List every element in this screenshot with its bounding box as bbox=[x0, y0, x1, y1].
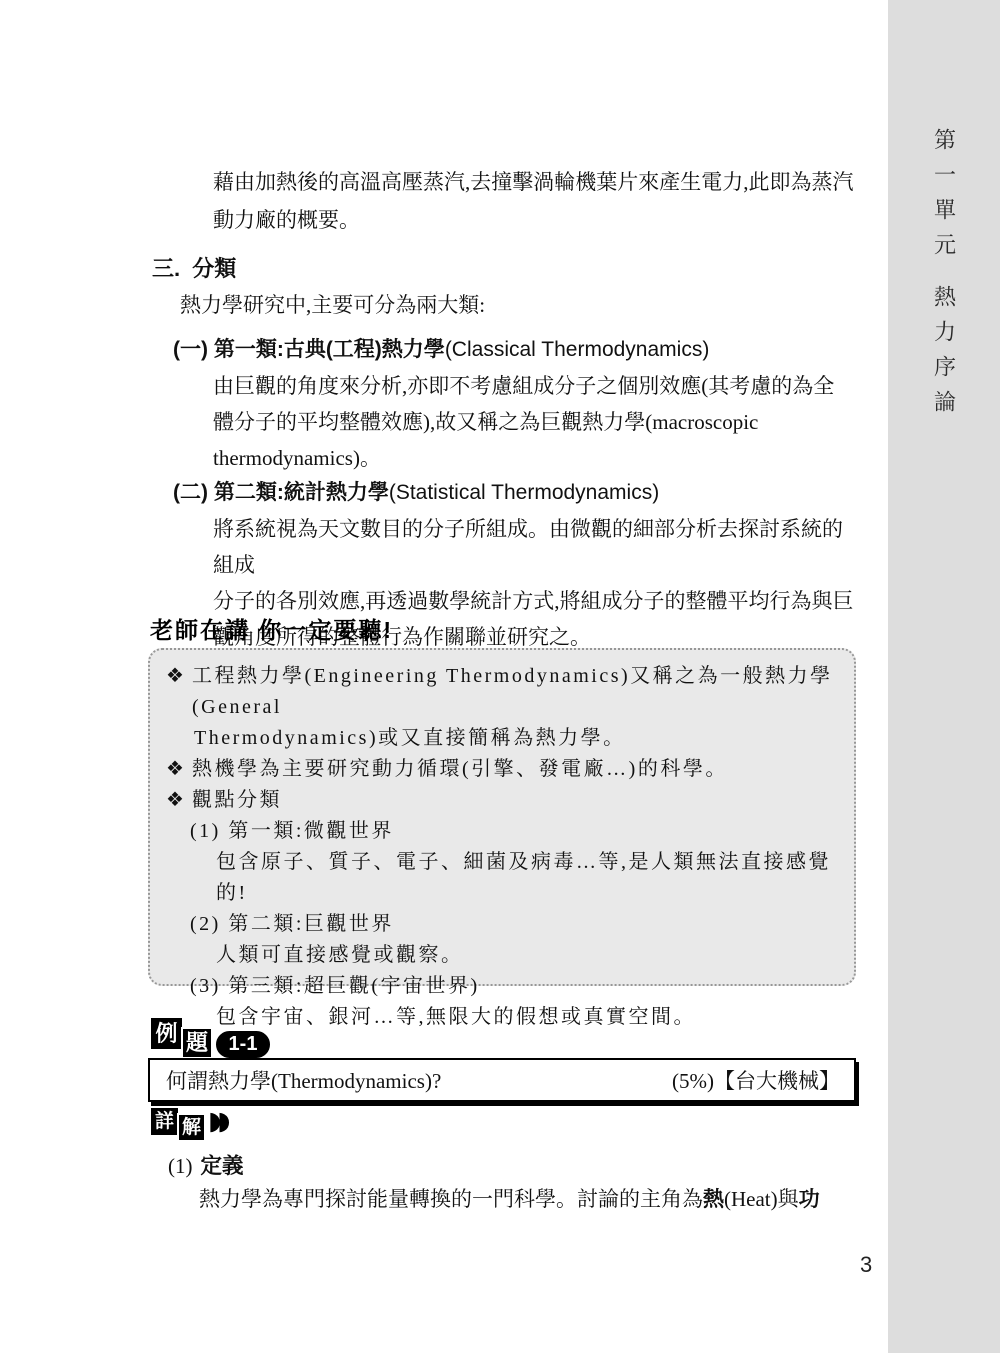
definition-bold-work: 功 bbox=[799, 1187, 820, 1211]
example-badge-li: 例 bbox=[151, 1018, 182, 1049]
section-label: 三. bbox=[152, 256, 180, 281]
page-number: 3 bbox=[860, 1252, 872, 1278]
diamond-bullet-icon: ❖ bbox=[166, 785, 192, 816]
class2-heading-en: (Statistical Thermodynamics) bbox=[389, 481, 659, 504]
example-badge-ti: 題 bbox=[181, 1027, 213, 1059]
class1-line-2: 體分子的平均整體效應),故又稱之為巨觀熱力學(macroscopic bbox=[213, 404, 861, 440]
example-question-text: 何謂熱力學(Thermodynamics)? bbox=[166, 1065, 441, 1095]
solution-item-label: (1) bbox=[168, 1154, 193, 1178]
class1-heading-en: (Classical Thermodynamics) bbox=[445, 338, 710, 361]
definition-mid: (Heat)與 bbox=[724, 1187, 799, 1211]
note-item-3-detail: 包含宇宙、銀河…等,無限大的假想或真實空間。 bbox=[166, 1002, 840, 1033]
solution-definition-line: 熱力學為專門探討能量轉換的一門科學。討論的主角為熱(Heat)與功 bbox=[199, 1183, 820, 1213]
example-number-pill: 1-1 bbox=[214, 1029, 272, 1060]
textbook-page: 第一單元 熱力序論 藉由加熱後的高溫高壓蒸汽,去撞擊渦輪機葉片來產生電力,此即為… bbox=[0, 0, 1000, 1353]
class1-line-3: thermodynamics)。 bbox=[213, 440, 861, 476]
note-item-2: (2) 第二類:巨觀世界 bbox=[166, 909, 840, 940]
note-bullet-1: ❖ 工程熱力學(Engineering Thermodynamics)又稱之為一… bbox=[166, 661, 840, 723]
note-item-1-detail: 包含原子、質子、電子、細菌及病毒…等,是人類無法直接感覺的! bbox=[166, 847, 840, 909]
class2-heading-zh: (二) 第二類:統計熱力學 bbox=[173, 481, 389, 504]
unit-sidebar-text: 第一單元 熱力序論 bbox=[888, 128, 1000, 425]
class1-heading: (一) 第一類:古典(工程)熱力學(Classical Thermodynami… bbox=[173, 333, 709, 363]
note-line-text: 工程熱力學(Engineering Thermodynamics)又稱之為一般熱… bbox=[192, 661, 840, 723]
note-bullet-2: ❖ 熱機學為主要研究動力循環(引擎、發電廠…)的科學。 bbox=[166, 754, 840, 785]
diamond-bullet-icon: ❖ bbox=[166, 754, 192, 785]
class2-line-1: 將系統視為天文數目的分子所組成。由微觀的細部分析去探討系統的組成 bbox=[213, 511, 861, 583]
note-bullet-1-cont: Thermodynamics)或又直接簡稱為熱力學。 bbox=[166, 723, 840, 754]
section-title: 分類 bbox=[192, 256, 236, 281]
solution-item-title: 定義 bbox=[201, 1154, 244, 1178]
solution-badge-xiang: 詳 bbox=[151, 1108, 178, 1135]
example-question-source: (5%)【台大機械】 bbox=[672, 1065, 840, 1095]
unit-sidebar: 第一單元 熱力序論 bbox=[888, 0, 1000, 1353]
intro-line-2: 動力廠的概要。 bbox=[213, 201, 861, 239]
class1-body: 由巨觀的角度來分析,亦即不考慮組成分子之個別效應(其考慮的為全 體分子的平均整體… bbox=[213, 368, 861, 476]
note-line-text: 熱機學為主要研究動力循環(引擎、發電廠…)的科學。 bbox=[192, 754, 728, 785]
class2-heading: (二) 第二類:統計熱力學(Statistical Thermodynamics… bbox=[173, 476, 659, 506]
note-item-3: (3) 第三類:超巨觀(宇宙世界) bbox=[166, 971, 840, 1002]
section-lead: 熱力學研究中,主要可分為兩大類: bbox=[180, 289, 485, 319]
note-item-1: (1) 第一類:微觀世界 bbox=[166, 816, 840, 847]
note-bullet-3: ❖ 觀點分類 bbox=[166, 785, 840, 816]
teacher-note-box: ❖ 工程熱力學(Engineering Thermodynamics)又稱之為一… bbox=[148, 648, 856, 986]
definition-bold-heat: 熱 bbox=[703, 1187, 724, 1211]
teacher-note-heading: 老師在講 你一定要聽! bbox=[150, 612, 393, 645]
unit-topic-vertical: 熱力序論 bbox=[929, 285, 960, 425]
solution-definition-item: (1)定義 bbox=[168, 1149, 244, 1180]
solution-badge-jie: 解 bbox=[177, 1113, 206, 1142]
example-question-box: 何謂熱力學(Thermodynamics)? (5%)【台大機械】 bbox=[148, 1058, 856, 1102]
note-item-2-detail: 人類可直接感覺或觀察。 bbox=[166, 940, 840, 971]
note-line-text: 觀點分類 bbox=[192, 785, 282, 816]
class1-line-1: 由巨觀的角度來分析,亦即不考慮組成分子之個別效應(其考慮的為全 bbox=[213, 368, 861, 404]
class1-heading-zh: (一) 第一類:古典(工程)熱力學 bbox=[173, 338, 445, 361]
unit-number-vertical: 第一單元 bbox=[929, 128, 960, 268]
intro-paragraph: 藉由加熱後的高溫高壓蒸汽,去撞擊渦輪機葉片來產生電力,此即為蒸汽 動力廠的概要。 bbox=[213, 163, 861, 239]
section-heading: 三. 分類 bbox=[152, 252, 236, 283]
diamond-bullet-icon: ❖ bbox=[166, 661, 192, 723]
definition-text: 熱力學為專門探討能量轉換的一門科學。討論的主角為 bbox=[199, 1187, 703, 1211]
solution-arrows-icon: ◗◗ bbox=[208, 1106, 226, 1135]
intro-line-1: 藉由加熱後的高溫高壓蒸汽,去撞擊渦輪機葉片來產生電力,此即為蒸汽 bbox=[213, 163, 861, 201]
